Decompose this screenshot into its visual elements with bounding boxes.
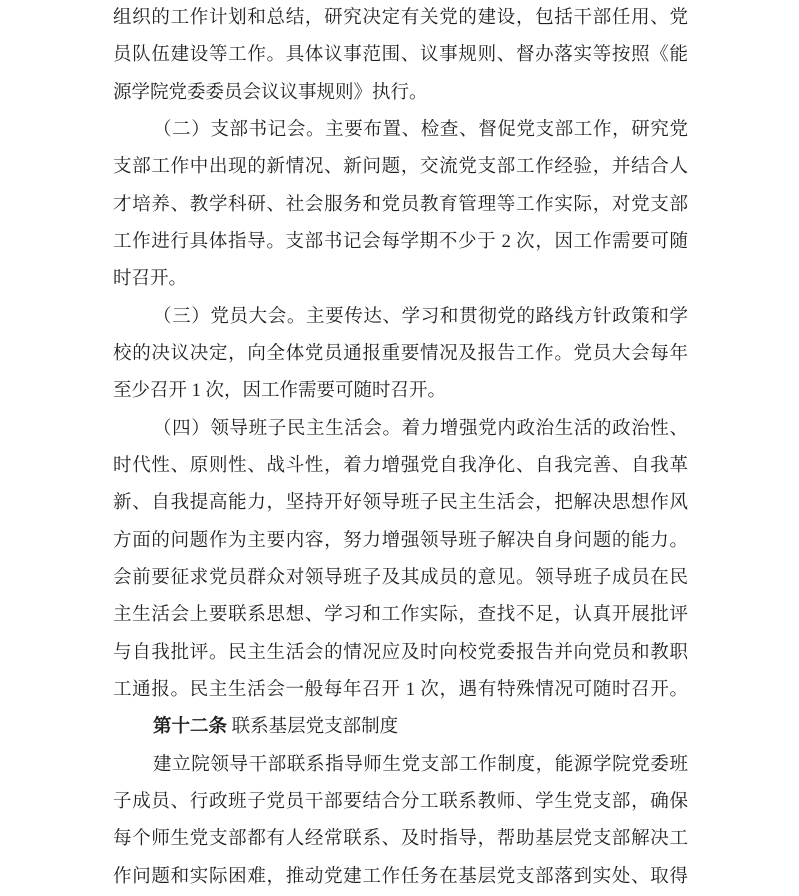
text-line: 至少召开 1 次，因工作需要可随时召开。: [113, 373, 688, 410]
text-line: （四）领导班子民主生活会。着力增强党内政治生活的政治性、: [113, 411, 688, 448]
text-line: （二）支部书记会。主要布置、检查、督促党支部工作，研究党: [113, 112, 688, 149]
article-number: 第十二条: [153, 717, 227, 737]
text-line: 源学院党委委员会议议事规则》执行。: [113, 75, 688, 112]
text-line: 建立院领导干部联系指导师生党支部工作制度，能源学院党委班: [113, 747, 688, 784]
text-line: 新、自我提高能力，坚持开好领导班子民主生活会，把解决思想作风: [113, 485, 688, 522]
text-line: 工通报。民主生活会一般每年召开 1 次，遇有特殊情况可随时召开。: [113, 672, 688, 709]
text-line: 第十二条 联系基层党支部制度: [113, 709, 688, 746]
text-line: 作问题和实际困难，推动党建工作任务在基层党支部落到实处、取得: [113, 859, 688, 896]
document-body: 组织的工作计划和总结，研究决定有关党的建设，包括干部任用、党员队伍建设等工作。具…: [113, 0, 688, 896]
text-line: 子成员、行政班子党员干部要结合分工联系教师、学生党支部，确保: [113, 784, 688, 821]
text-line: 与自我批评。民主生活会的情况应及时向校党委报告并向党员和教职: [113, 635, 688, 672]
text-line: 才培养、教学科研、社会服务和党员教育管理等工作实际，对党支部: [113, 187, 688, 224]
text-line: 会前要征求党员群众对领导班子及其成员的意见。领导班子成员在民: [113, 560, 688, 597]
text-line: 主生活会上要联系思想、学习和工作实际，查找不足，认真开展批评: [113, 597, 688, 634]
text-line: （三）党员大会。主要传达、学习和贯彻党的路线方针政策和学: [113, 299, 688, 336]
text-line: 时代性、原则性、战斗性，着力增强党自我净化、自我完善、自我革: [113, 448, 688, 485]
text-line: 员队伍建设等工作。具体议事范围、议事规则、督办落实等按照《能: [113, 37, 688, 74]
document-page: 组织的工作计划和总结，研究决定有关党的建设，包括干部任用、党员队伍建设等工作。具…: [0, 0, 799, 896]
text-line: 工作进行具体指导。支部书记会每学期不少于 2 次，因工作需要可随: [113, 224, 688, 261]
text-line: 校的决议决定，向全体党员通报重要情况及报告工作。党员大会每年: [113, 336, 688, 373]
text-line: 组织的工作计划和总结，研究决定有关党的建设，包括干部任用、党: [113, 0, 688, 37]
text-line: 每个师生党支部都有人经常联系、及时指导，帮助基层党支部解决工: [113, 821, 688, 858]
text-line: 时召开。: [113, 261, 688, 298]
text-line: 方面的问题作为主要内容，努力增强领导班子解决自身问题的能力。: [113, 523, 688, 560]
text-line: 支部工作中出现的新情况、新问题，交流党支部工作经验，并结合人: [113, 149, 688, 186]
